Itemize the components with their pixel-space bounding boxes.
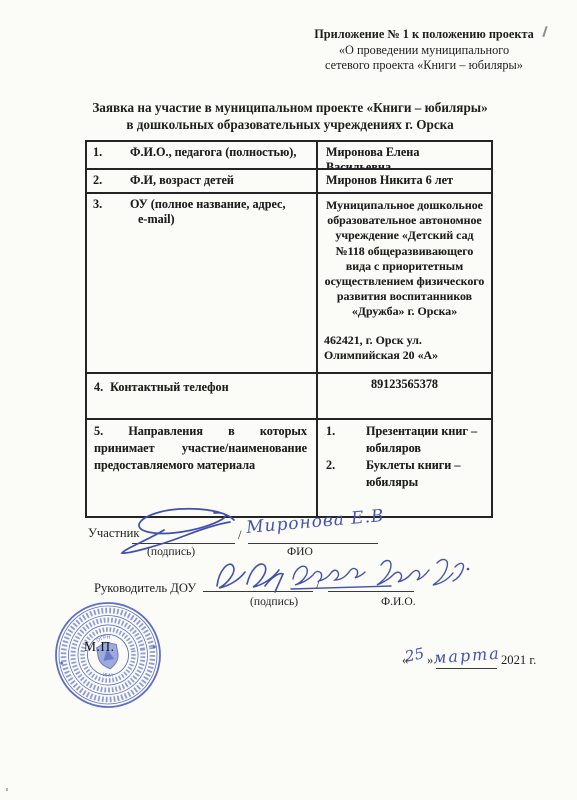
row4-label: Контактный телефон: [110, 380, 229, 394]
row2-label: Ф.И, возраст детей: [130, 173, 310, 189]
scan-speck: [6, 788, 8, 791]
document-header: Приложение № 1 к положению проекта «О пр…: [300, 27, 548, 74]
table-row2-value-cell: Миронов Никита 6 лет: [318, 170, 491, 194]
institution-address: 462421, г. Орск ул. Олимпийская 20 «А»: [324, 333, 485, 363]
institution-name: Муниципальное дошкольное образовательное…: [324, 198, 485, 320]
table-row5-label-cell: 5. Направления в которых принимает участ…: [87, 420, 318, 516]
mp-seal-label: М.П.: [84, 639, 115, 655]
item1-number: 1.: [326, 423, 366, 457]
table-row4-label-cell: 4.Контактный телефон: [87, 374, 318, 420]
date-day-handwritten: 25: [403, 644, 425, 666]
header-line3: сетевого проекта «Книги – юбиляры»: [300, 58, 548, 74]
fio-label-2: Ф.И.О.: [381, 595, 416, 608]
table-row1-label-cell: 1. Ф.И.О., педагога (полностью),: [87, 142, 318, 170]
table-row1-value-cell: Миронова Елена Васильевна: [318, 142, 491, 170]
row5-label-line3: предоставляемого материала: [94, 457, 307, 474]
row3-number: 3.: [93, 197, 130, 369]
table-row5-value-cell: 1. Презентации книг – юбиляров 2. Буклет…: [318, 420, 491, 516]
row4-number: 4.: [94, 380, 103, 394]
item2-text: Буклеты книги – юбиляры: [366, 457, 489, 491]
director-fio-handwritten-signature: [285, 555, 475, 595]
row3-label-line1: ОУ (полное название, адрес,: [130, 197, 286, 211]
item2-number: 2.: [326, 457, 366, 491]
row5-label-line1: 5. Направления в которых: [94, 423, 307, 440]
row3-label: ОУ (полное название, адрес, e-mail): [130, 197, 310, 369]
header-line2: «О проведении муниципального: [300, 43, 548, 59]
application-table: 1. Ф.И.О., педагога (полностью), Миронов…: [85, 140, 493, 518]
round-stamp: ОГРН ИНН: [33, 580, 183, 730]
header-line1: Приложение № 1 к положению проекта: [300, 27, 548, 43]
podpis-label-2: (подпись): [250, 595, 298, 608]
row3-label-line2: e-mail): [130, 212, 310, 227]
title-line2: в дошкольных образовательных учреждениях…: [58, 117, 522, 134]
row1-number: 1.: [93, 145, 130, 165]
title-line1: Заявка на участие в муниципальном проект…: [58, 100, 522, 117]
participant-signature: [118, 504, 243, 556]
document-title: Заявка на участие в муниципальном проект…: [58, 100, 522, 133]
direction-item-1: 1. Презентации книг – юбиляров: [326, 423, 489, 457]
table-row4-value-cell: 89123565378: [318, 374, 491, 420]
row2-number: 2.: [93, 173, 130, 189]
direction-item-2: 2. Буклеты книги – юбиляры: [326, 457, 489, 491]
item1-text: Презентации книг – юбиляров: [366, 423, 489, 457]
row5-label-line2: принимает участие/наименование: [94, 440, 307, 457]
date-year: 2021 г.: [501, 653, 536, 668]
scanned-application-page: Приложение № 1 к положению проекта «О пр…: [0, 0, 577, 800]
table-row2-label-cell: 2. Ф.И, возраст детей: [87, 170, 318, 194]
director-signature: [205, 556, 285, 596]
table-row3-label-cell: 3. ОУ (полное название, адрес, e-mail): [87, 194, 318, 374]
row1-label: Ф.И.О., педагога (полностью),: [130, 145, 310, 165]
table-row3-value-cell: Муниципальное дошкольное образовательное…: [318, 194, 491, 374]
